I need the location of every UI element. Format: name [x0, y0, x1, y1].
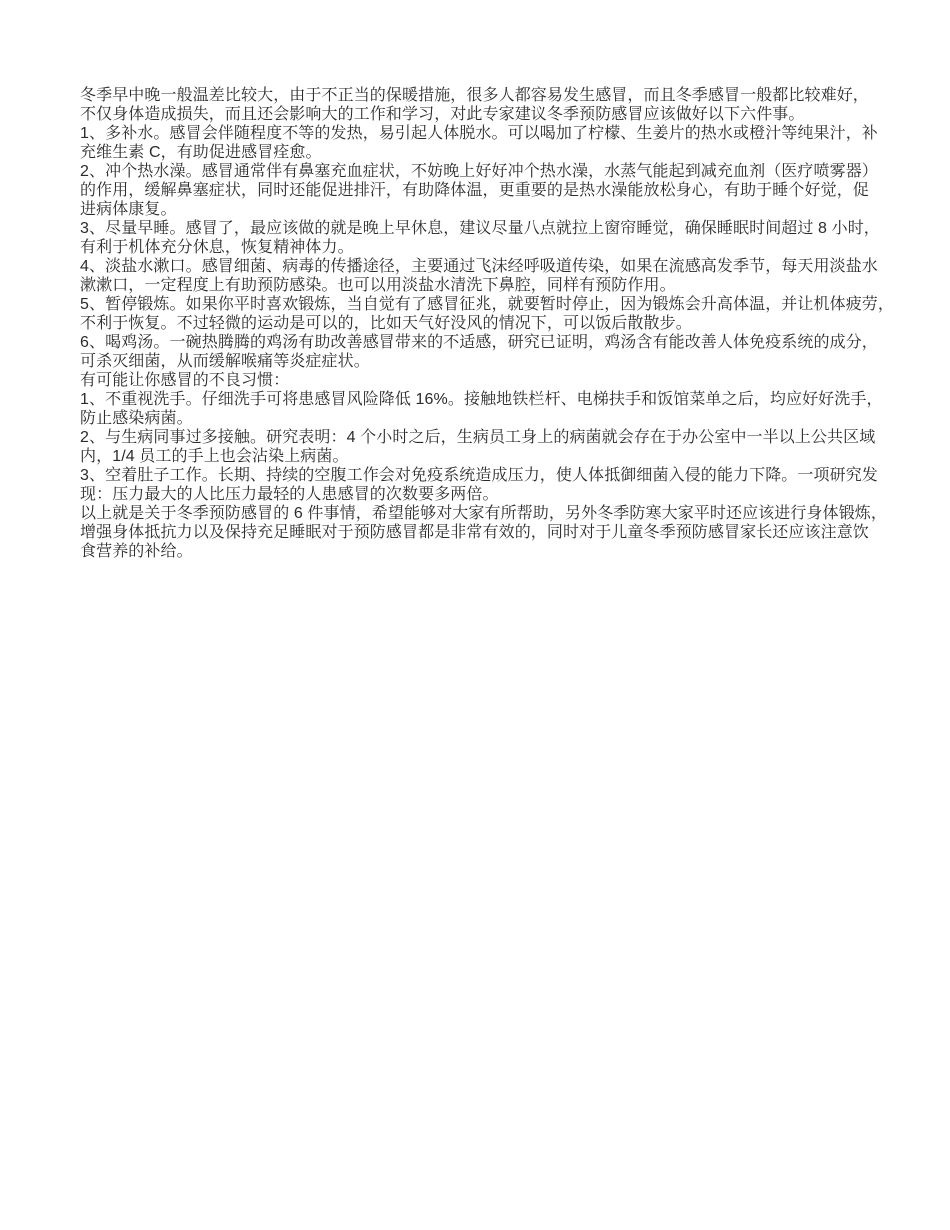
text-line: 的作用，缓解鼻塞症状，同时还能促进排汗，有助降体温，更重要的是热水澡能放松身心，… — [80, 181, 875, 200]
text-line: 1、多补水。感冒会伴随程度不等的发热，易引起人体脱水。可以喝加了柠檬、生姜片的热… — [80, 124, 875, 143]
text-line: 漱漱口，一定程度上有助预防感染。也可以用淡盐水清洗下鼻腔，同样有预防作用。 — [80, 276, 875, 295]
text-line: 内，1/4 员工的手上也会沾染上病菌。 — [80, 447, 875, 466]
text-line: 有利于机体充分休息，恢复精神体力。 — [80, 238, 875, 257]
text-line: 可杀灭细菌，从而缓解喉痛等炎症症状。 — [80, 352, 875, 371]
text-line: 防止感染病菌。 — [80, 409, 875, 428]
text-line: 2、冲个热水澡。感冒通常伴有鼻塞充血症状，不妨晚上好好冲个热水澡，水蒸气能起到减… — [80, 162, 875, 181]
text-line: 食营养的补给。 — [80, 542, 875, 561]
text-line: 现：压力最大的人比压力最轻的人患感冒的次数要多两倍。 — [80, 485, 875, 504]
text-line: 以上就是关于冬季预防感冒的 6 件事情，希望能够对大家有所帮助，另外冬季防寒大家… — [80, 504, 875, 523]
text-line: 进病体康复。 — [80, 200, 875, 219]
text-line: 不利于恢复。不过轻微的运动是可以的，比如天气好没风的情况下，可以饭后散散步。 — [80, 314, 875, 333]
text-line: 有可能让你感冒的不良习惯： — [80, 371, 875, 390]
document-page: 冬季早中晚一般温差比较大，由于不正当的保暖措施，很多人都容易发生感冒，而且冬季感… — [0, 0, 950, 1230]
text-line: 增强身体抵抗力以及保持充足睡眠对于预防感冒都是非常有效的，同时对于儿童冬季预防感… — [80, 523, 875, 542]
text-line: 充维生素 C，有助促进感冒痊愈。 — [80, 143, 875, 162]
text-line: 3、尽量早睡。感冒了，最应该做的就是晚上早休息，建议尽量八点就拉上窗帘睡觉，确保… — [80, 219, 875, 238]
text-line: 2、与生病同事过多接触。研究表明：4 个小时之后，生病员工身上的病菌就会存在于办… — [80, 428, 875, 447]
text-line: 4、淡盐水漱口。感冒细菌、病毒的传播途径，主要通过飞沫经呼吸道传染，如果在流感高… — [80, 257, 875, 276]
text-line: 6、喝鸡汤。一碗热腾腾的鸡汤有助改善感冒带来的不适感，研究已证明，鸡汤含有能改善… — [80, 333, 875, 352]
text-line: 不仅身体造成损失，而且还会影响大的工作和学习，对此专家建议冬季预防感冒应该做好以… — [80, 105, 875, 124]
text-line: 1、不重视洗手。仔细洗手可将患感冒风险降低 16%。接触地铁栏杆、电梯扶手和饭馆… — [80, 390, 875, 409]
article-text: 冬季早中晚一般温差比较大，由于不正当的保暖措施，很多人都容易发生感冒，而且冬季感… — [80, 86, 875, 561]
text-line: 5、暂停锻炼。如果你平时喜欢锻炼，当自觉有了感冒征兆，就要暂时停止，因为锻炼会升… — [80, 295, 875, 314]
text-line: 冬季早中晚一般温差比较大，由于不正当的保暖措施，很多人都容易发生感冒，而且冬季感… — [80, 86, 875, 105]
text-line: 3、空着肚子工作。长期、持续的空腹工作会对免疫系统造成压力，使人体抵御细菌入侵的… — [80, 466, 875, 485]
